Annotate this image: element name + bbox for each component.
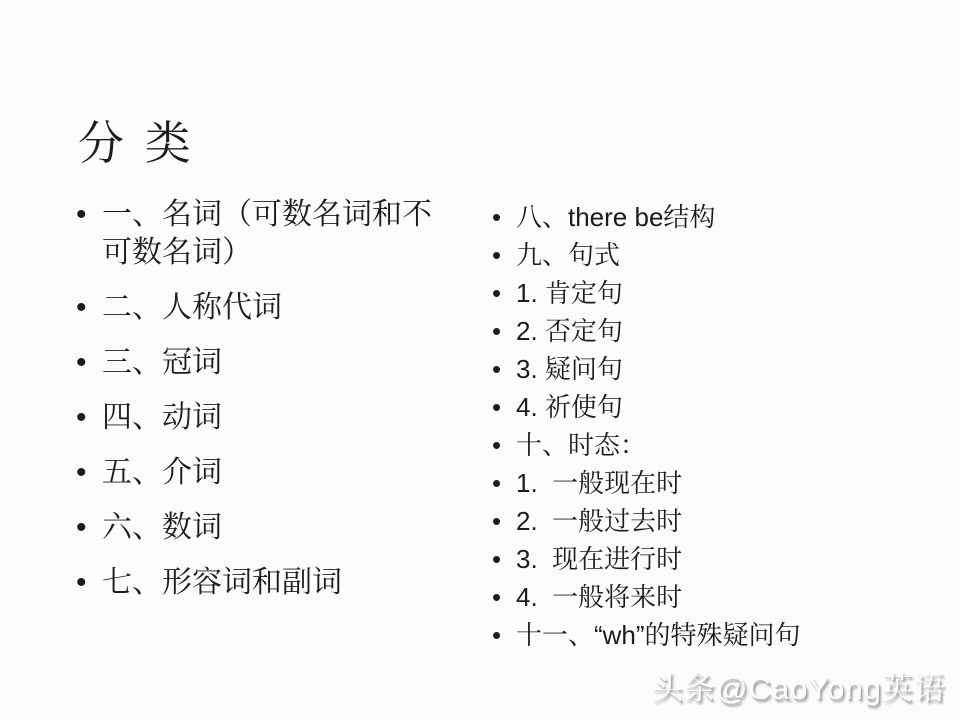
bullet-marker: • xyxy=(492,540,501,578)
list-item: •十、时态： xyxy=(492,426,944,464)
presentation-slide: 分 类 •一、名词（可数名词和不可数名词）•二、人称代词•三、冠词•四、动词•五… xyxy=(0,0,960,720)
bullet-marker: • xyxy=(492,388,501,426)
list-item: •4. 祈使句 xyxy=(492,388,944,426)
list-item-text: 2. 一般过去时 xyxy=(516,506,682,536)
list-item-text: 3. 疑问句 xyxy=(516,354,623,384)
list-item: •4. 一般将来时 xyxy=(492,578,944,616)
bullet-marker: • xyxy=(492,350,501,388)
list-item: •四、动词 xyxy=(76,399,448,437)
list-item-text: 1. 肯定句 xyxy=(516,278,623,308)
list-item-text: 4. 祈使句 xyxy=(516,392,623,422)
list-item-text: 二、人称代词 xyxy=(102,291,282,324)
list-item-text: 五、介词 xyxy=(102,456,222,489)
list-item: •八、there be结构 xyxy=(492,198,944,236)
bullet-marker: • xyxy=(76,196,87,234)
list-item-text: 八、there be结构 xyxy=(516,202,715,232)
list-item: •十一、“wh”的特殊疑问句 xyxy=(492,616,944,654)
bullet-marker: • xyxy=(492,616,501,654)
bullet-marker: • xyxy=(492,426,501,464)
list-item-text: 4. 一般将来时 xyxy=(516,582,682,612)
bullet-marker: • xyxy=(492,578,501,616)
bullet-marker: • xyxy=(76,509,87,547)
list-item: •五、介词 xyxy=(76,454,448,492)
list-item-text: 十一、“wh”的特殊疑问句 xyxy=(516,620,801,650)
list-item: •3. 现在进行时 xyxy=(492,540,944,578)
list-item-text: 六、数词 xyxy=(102,511,222,544)
list-item-text: 2. 否定句 xyxy=(516,316,623,346)
bullet-marker: • xyxy=(492,236,501,274)
bullet-marker: • xyxy=(76,454,87,492)
list-item-text: 一、名词（可数名词和不可数名词） xyxy=(102,198,432,269)
list-item-text: 3. 现在进行时 xyxy=(516,544,682,574)
list-item-text: 1. 一般现在时 xyxy=(516,468,682,498)
list-item: •3. 疑问句 xyxy=(492,350,944,388)
list-item-text: 七、形容词和副词 xyxy=(102,566,342,599)
bullet-marker: • xyxy=(492,464,501,502)
bullet-marker: • xyxy=(492,274,501,312)
list-item: •1. 一般现在时 xyxy=(492,464,944,502)
list-item: •一、名词（可数名词和不可数名词） xyxy=(76,196,448,272)
bullet-marker: • xyxy=(492,502,501,540)
bullet-marker: • xyxy=(492,198,501,236)
list-item: •二、人称代词 xyxy=(76,289,448,327)
list-item: •九、句式 xyxy=(492,236,944,274)
list-item-text: 三、冠词 xyxy=(102,346,222,379)
bullet-marker: • xyxy=(492,312,501,350)
list-item: •六、数词 xyxy=(76,509,448,547)
right-bullet-list: •八、there be结构•九、句式•1. 肯定句•2. 否定句•3. 疑问句•… xyxy=(492,198,944,654)
bullet-marker: • xyxy=(76,564,87,602)
list-item: •2. 一般过去时 xyxy=(492,502,944,540)
list-item-text: 十、时态： xyxy=(516,430,646,460)
left-bullet-list: •一、名词（可数名词和不可数名词）•二、人称代词•三、冠词•四、动词•五、介词•… xyxy=(76,196,448,619)
list-item-text: 九、句式 xyxy=(516,240,620,270)
list-item-text: 四、动词 xyxy=(102,401,222,434)
bullet-marker: • xyxy=(76,289,87,327)
slide-title: 分 类 xyxy=(78,107,195,173)
list-item: •2. 否定句 xyxy=(492,312,944,350)
list-item: •三、冠词 xyxy=(76,344,448,382)
list-item: •1. 肯定句 xyxy=(492,274,944,312)
watermark: 头条@CaoYong英语 xyxy=(652,663,946,708)
list-item: •七、形容词和副词 xyxy=(76,564,448,602)
bullet-marker: • xyxy=(76,344,87,382)
bullet-marker: • xyxy=(76,399,87,437)
